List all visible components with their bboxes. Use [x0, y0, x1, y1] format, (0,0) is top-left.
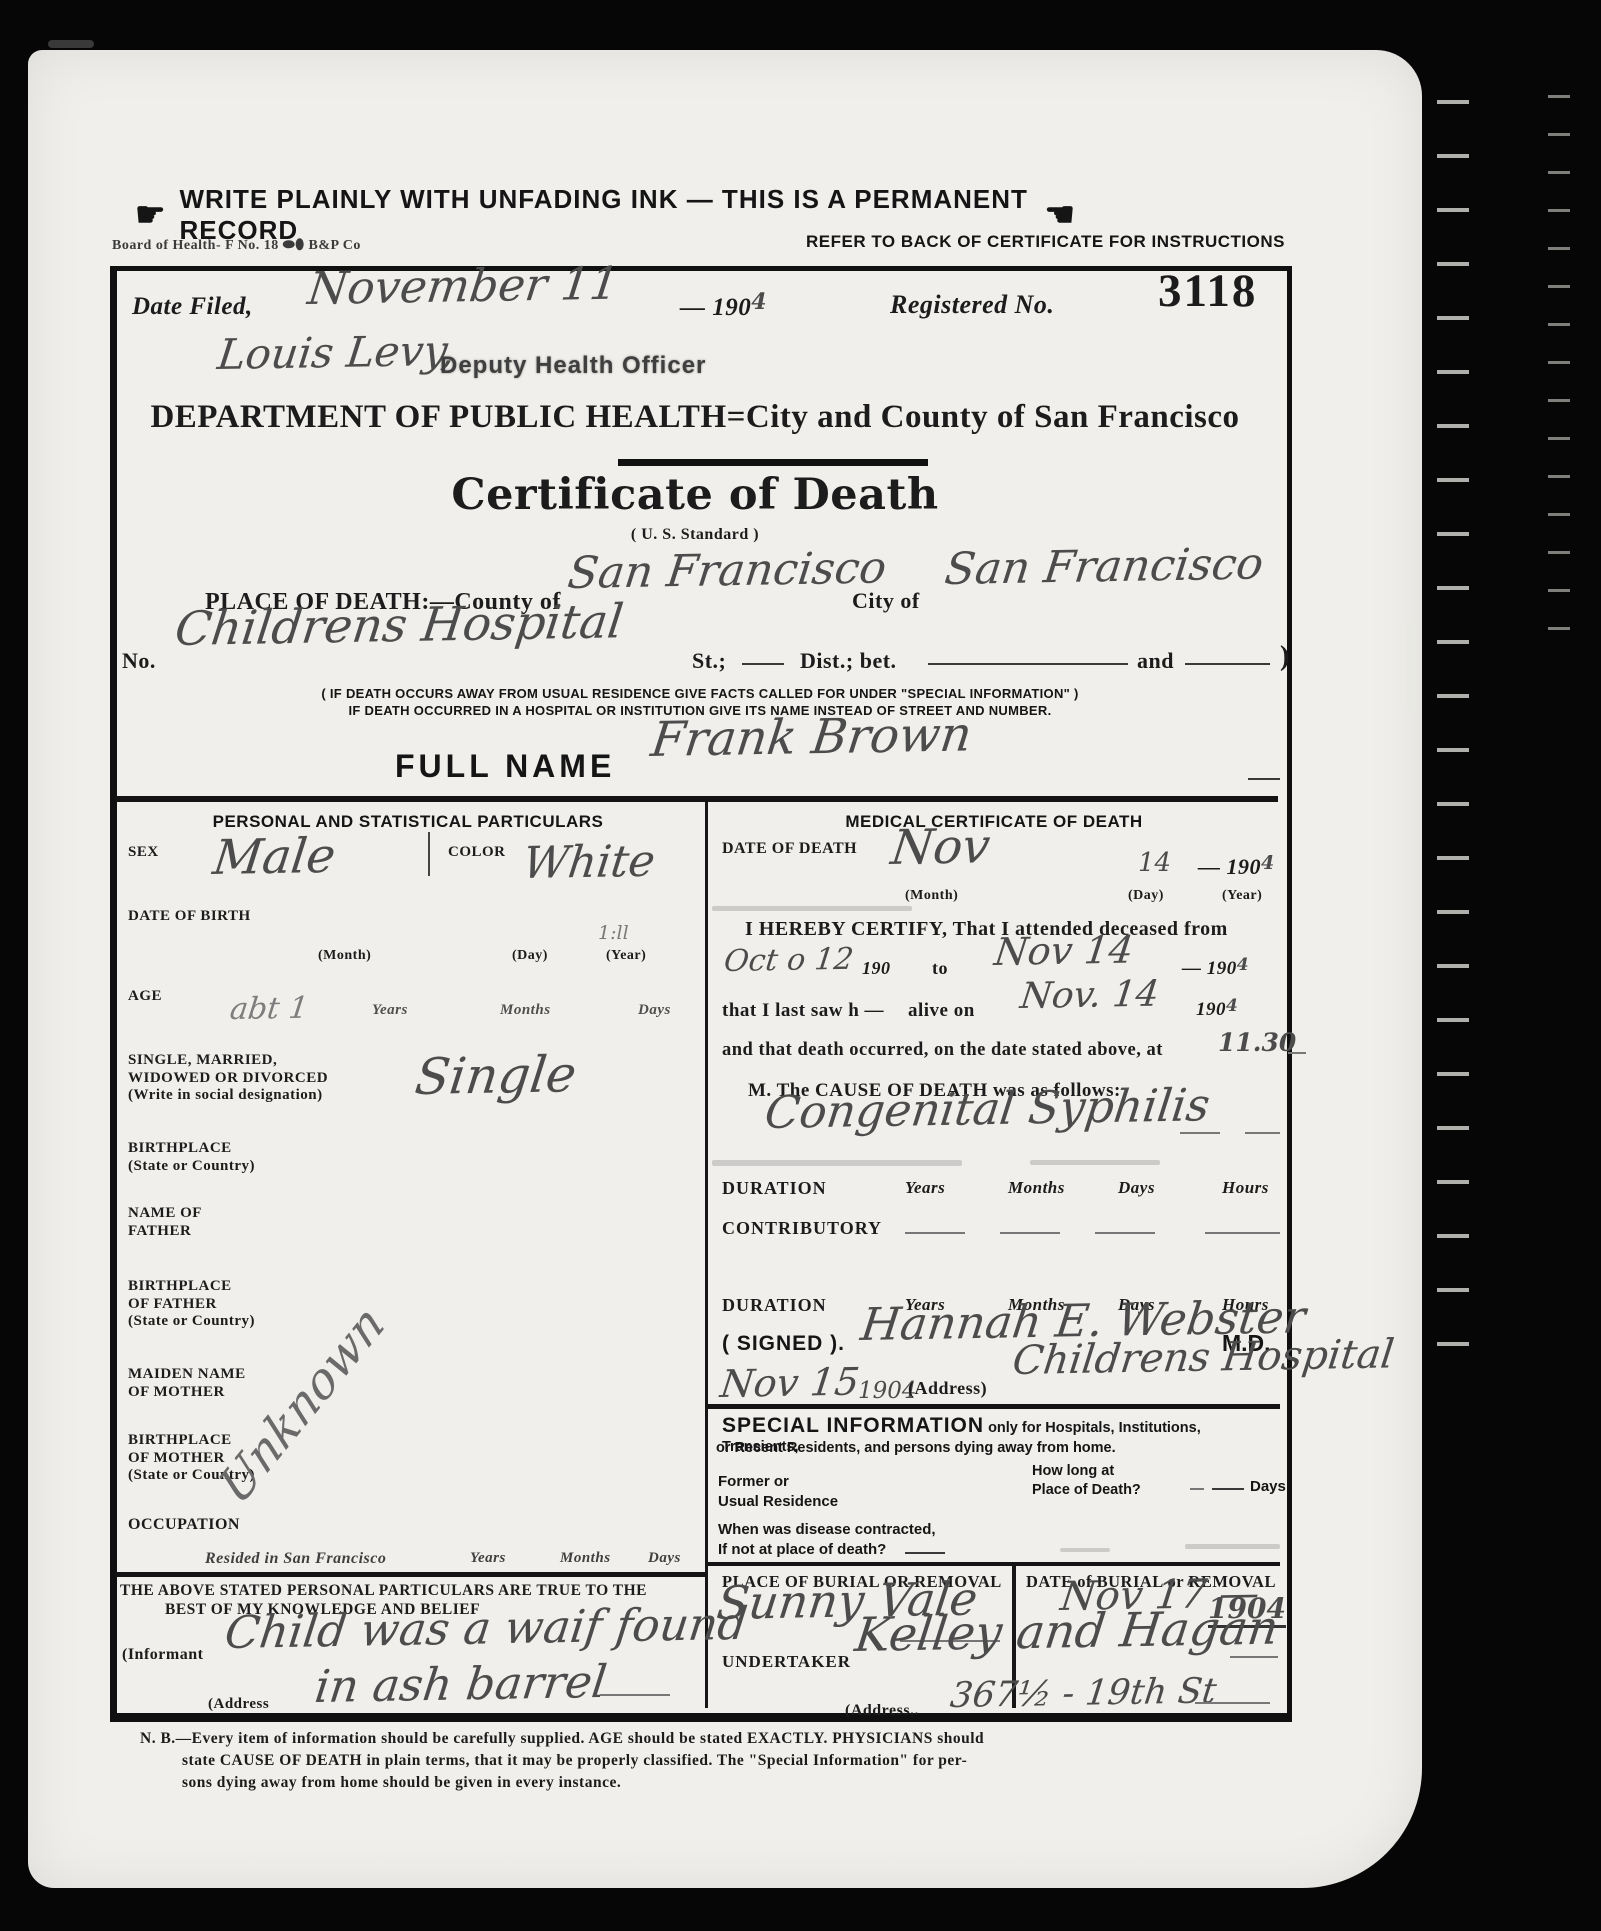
dod-year-value: — 1904	[1198, 852, 1275, 880]
registered-no-value: 3118	[1158, 264, 1257, 319]
dod-month-label: (Month)	[905, 888, 958, 905]
cause-value: Congenital Syphilis	[762, 1086, 1205, 1139]
dob-month-label: (Month)	[318, 948, 371, 965]
affidavit-line1: THE ABOVE STATED PERSONAL PARTICULARS AR…	[120, 1582, 647, 1600]
refer-instructions: REFER TO BACK OF CERTIFICATE FOR INSTRUC…	[725, 232, 1285, 252]
to-label: to	[932, 958, 948, 979]
disease-contracted-label: When was disease contracted, If not at p…	[718, 1520, 936, 1559]
dist-blank	[928, 663, 1128, 665]
signed-label: ( SIGNED ).	[722, 1332, 845, 1356]
last-saw-year: 1904	[1196, 996, 1238, 1021]
hand-right-icon: ☛	[135, 195, 165, 235]
undertaker-address-label: (Address..	[845, 1702, 919, 1721]
institution-value: Childrens Hospital	[172, 602, 618, 657]
attended-to-year: — 1904	[1182, 955, 1249, 980]
duration-days: Days	[1118, 1178, 1155, 1198]
contributory-blank-4	[1205, 1232, 1280, 1234]
sex-color-divider	[428, 832, 430, 876]
age-months-label: Months	[500, 1002, 551, 1020]
special-divider	[708, 1404, 1280, 1409]
age-days-label: Days	[638, 1002, 671, 1020]
residence-note-1: ( IF DEATH OCCURS AWAY FROM USUAL RESIDE…	[170, 686, 1230, 701]
duration-hours: Hours	[1222, 1178, 1269, 1198]
certify-line: I HEREBY CERTIFY, That I attended deceas…	[745, 918, 1228, 942]
column-divider	[705, 802, 708, 1708]
full-name-blank	[1248, 778, 1280, 780]
footer-note-line3: sons dying away from home should be give…	[182, 1774, 621, 1792]
scanned-death-certificate: ☛ WRITE PLAINLY WITH UNFADING INK — THIS…	[0, 0, 1601, 1931]
duration2-label: DURATION	[722, 1295, 827, 1316]
signed-address-value: Childrens Hospital	[1010, 1338, 1390, 1384]
color-label: COLOR	[448, 844, 506, 862]
affidavit-divider	[115, 1572, 705, 1577]
top-smudge	[48, 40, 94, 48]
contributory-blank-3	[1095, 1232, 1155, 1234]
marital-value: Single	[412, 1048, 572, 1106]
duration-months: Months	[1008, 1178, 1065, 1198]
dob-year-value: 1:ll	[598, 922, 629, 944]
attended-from-year: 190	[862, 958, 891, 979]
cause-blank-1	[1180, 1132, 1220, 1134]
occupation-label: OCCUPATION	[128, 1516, 240, 1535]
undertaker-blank	[1230, 1656, 1278, 1658]
full-name-label: FULL NAME	[395, 748, 615, 785]
deputy-title-stamp: Deputy Health Officer	[440, 352, 706, 380]
page-edge-highlight	[1406, 620, 1416, 710]
date-filed-label: Date Filed,	[132, 292, 253, 322]
last-saw-value: Nov. 14	[1018, 976, 1156, 1017]
book-binding-edge-2	[1548, 95, 1570, 655]
duration-label: DURATION	[722, 1178, 827, 1199]
how-long-blank-2	[1212, 1488, 1244, 1490]
date-filed-value: November 11	[305, 262, 615, 315]
date-filed-year: — 1904	[680, 290, 767, 323]
death-occurred-label: and that death occurred, on the date sta…	[722, 1040, 1163, 1062]
registered-no-label: Registered No.	[890, 290, 1054, 321]
death-time-value: 11.30	[1218, 1028, 1296, 1057]
father-birthplace-label: BIRTHPLACE OF FATHER (State or Country)	[128, 1278, 255, 1331]
contributory-blank-2	[1000, 1232, 1060, 1234]
color-value: White	[520, 838, 651, 889]
st-label: St.;	[692, 648, 726, 674]
alive-on-label: alive on	[908, 1000, 975, 1022]
signed-date-value: Nov 15	[718, 1362, 856, 1406]
former-residence-label: Former or Usual Residence	[718, 1472, 838, 1511]
street-no-label: No.	[122, 648, 156, 674]
informant-value: Child was a waif found	[222, 1606, 742, 1659]
contributory-label: CONTRIBUTORY	[722, 1218, 882, 1239]
and-blank	[1185, 663, 1270, 665]
smear-3	[1030, 1160, 1160, 1165]
section-divider	[115, 796, 1278, 802]
sex-value: Male	[210, 830, 332, 886]
duration-years: Years	[905, 1178, 945, 1198]
smear-1	[712, 906, 912, 911]
dob-label: DATE OF BIRTH	[128, 908, 251, 926]
medical-header: MEDICAL CERTIFICATE OF DEATH	[708, 812, 1280, 832]
dob-year-label: (Year)	[606, 948, 646, 965]
attended-from-value: Oct o 12	[722, 944, 851, 979]
undertaker-value: Kelley and Hagan	[852, 1608, 1274, 1663]
death-time-blank	[1288, 1052, 1306, 1054]
informant-address-blank	[600, 1694, 670, 1696]
undertaker-address-blank	[1195, 1702, 1270, 1704]
dob-day-label: (Day)	[512, 948, 548, 965]
birthplace-label: BIRTHPLACE (State or Country)	[128, 1140, 255, 1175]
footer-note-line2: state CAUSE OF DEATH in plain terms, tha…	[182, 1752, 967, 1770]
city-label: City of	[852, 588, 920, 614]
dod-month-value: Nov	[888, 820, 986, 876]
how-long-label: How long at Place of Death?	[1032, 1462, 1141, 1500]
smear-5	[1185, 1544, 1280, 1549]
close-paren: )	[1280, 640, 1290, 673]
burial-divider	[708, 1562, 1280, 1566]
personal-header: PERSONAL AND STATISTICAL PARTICULARS	[112, 812, 704, 832]
city-value: San Francisco	[942, 544, 1259, 595]
health-officer-signature: Louis Levy,	[215, 330, 452, 379]
how-long-blank-1	[1190, 1488, 1204, 1490]
age-value: abt 1	[228, 992, 306, 1027]
last-saw-label: that I last saw h —	[722, 1000, 884, 1022]
mother-maiden-label: MAIDEN NAME OF MOTHER	[128, 1366, 246, 1401]
contributory-blank-1	[905, 1232, 965, 1234]
form-stock-number: Board of Health- F No. 18 ⬬⬮ B&P Co	[112, 238, 361, 255]
informant-address-value: in ash barrel	[312, 1660, 603, 1713]
age-label: AGE	[128, 988, 162, 1006]
cause-blank-2	[1245, 1132, 1280, 1134]
resided-label: Resided in San Francisco	[205, 1550, 386, 1569]
dod-day-label: (Day)	[1128, 888, 1164, 905]
county-value: San Francisco	[565, 548, 882, 599]
resided-years-label: Years	[470, 1550, 506, 1568]
sex-label: SEX	[128, 844, 159, 862]
resided-days-label: Days	[648, 1550, 681, 1568]
father-name-label: NAME OF FATHER	[128, 1205, 202, 1240]
informant-address-label: (Address	[208, 1696, 269, 1714]
full-name-value: Frank Brown	[648, 712, 967, 768]
how-long-days-label: Days	[1250, 1478, 1286, 1495]
st-blank	[742, 663, 784, 665]
special-info-title: SPECIAL INFORMATION	[722, 1414, 984, 1437]
smear-2	[712, 1160, 962, 1166]
title-rule	[618, 459, 928, 466]
hand-left-icon: ☚	[1045, 195, 1075, 235]
marital-label: SINGLE, MARRIED, WIDOWED OR DIVORCED (Wr…	[128, 1052, 328, 1105]
department-title: DEPARTMENT OF PUBLIC HEALTH=City and Cou…	[110, 398, 1280, 437]
undertaker-label: UNDERTAKER	[722, 1652, 851, 1672]
resided-months-label: Months	[560, 1550, 611, 1568]
dod-day-value: 14	[1138, 848, 1171, 878]
contracted-blank	[905, 1552, 945, 1554]
dist-label: Dist.; bet.	[800, 648, 897, 674]
informant-label: (Informant	[122, 1646, 203, 1665]
age-years-label: Years	[372, 1002, 408, 1020]
dod-year-label: (Year)	[1222, 888, 1262, 905]
attended-to-value: Nov 14	[992, 930, 1130, 974]
and-label: and	[1137, 648, 1174, 674]
smear-4	[1060, 1548, 1110, 1552]
book-binding-edge	[1437, 100, 1469, 1350]
certificate-title: Certificate of Death	[110, 470, 1280, 521]
signed-address-label: (Address)	[908, 1378, 987, 1399]
special-info-line2: or Recent Residents, and persons dying a…	[716, 1440, 1116, 1456]
footer-note-line1: N. B.—Every item of information should b…	[140, 1730, 984, 1748]
undertaker-address-value: 367½ - 19th St	[948, 1676, 1213, 1716]
date-of-death-label: DATE OF DEATH	[722, 840, 857, 859]
